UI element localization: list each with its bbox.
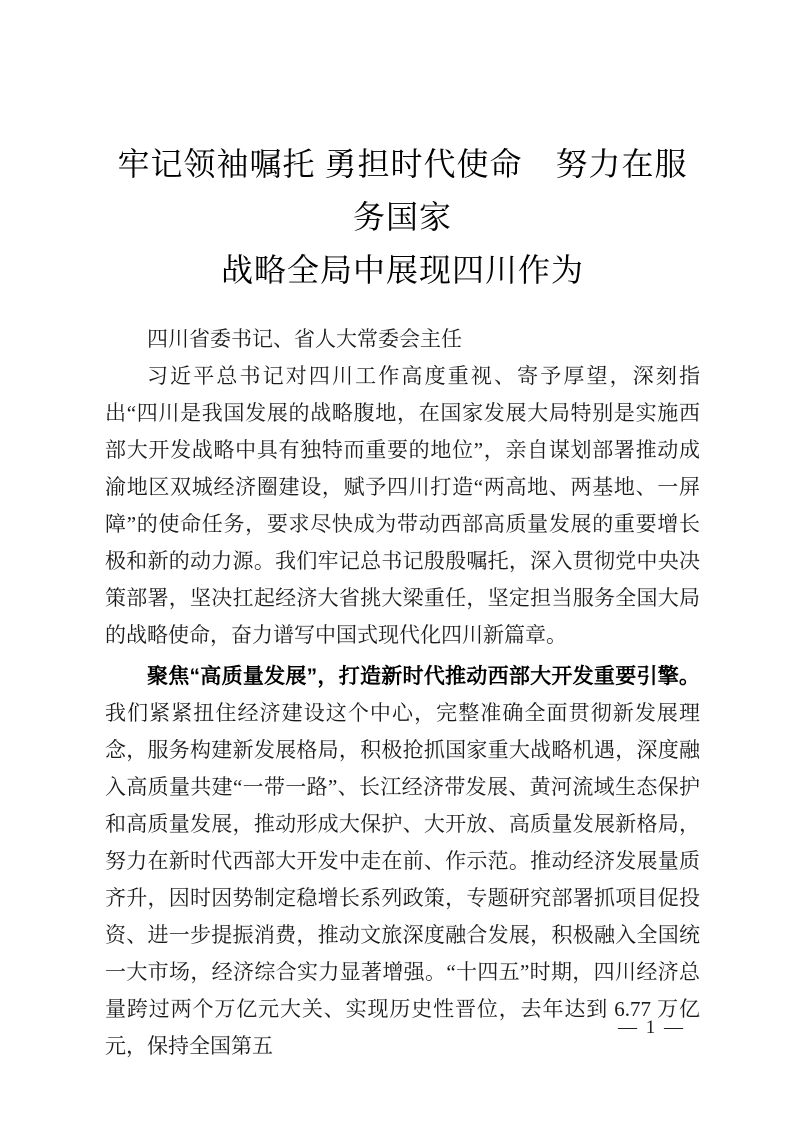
paragraph-2-text: 我们紧紧扭住经济建设这个中心，完整准确全面贯彻新发展理念，服务构建新发展格局，积… <box>105 701 700 1058</box>
document-title: 牢记领袖嘱托 勇担时代使命 努力在服务国家 战略全局中展现四川作为 <box>105 138 700 297</box>
document-content: 牢记领袖嘱托 勇担时代使命 努力在服务国家 战略全局中展现四川作为 四川省委书记… <box>105 0 700 1065</box>
paragraph-2-lead: 聚焦“高质量发展”，打造新时代推动西部大开发重要引擎。 <box>147 665 700 688</box>
paragraph-1-text: 习近平总书记对四川工作高度重视、寄予厚望，深刻指出“四川是我国发展的战略腹地，在… <box>105 364 700 647</box>
page-number: — 1 — <box>618 1016 685 1040</box>
paragraph-1: 习近平总书记对四川工作高度重视、寄予厚望，深刻指出“四川是我国发展的战略腹地，在… <box>105 358 700 654</box>
byline: 四川省委书记、省人大常委会主任 <box>105 321 700 358</box>
title-line-1: 牢记领袖嘱托 勇担时代使命 努力在服务国家 <box>105 138 700 244</box>
title-line-2: 战略全局中展现四川作为 <box>105 244 700 297</box>
document-page: 牢记领袖嘱托 勇担时代使命 努力在服务国家 战略全局中展现四川作为 四川省委书记… <box>0 0 793 1122</box>
paragraph-2: 聚焦“高质量发展”，打造新时代推动西部大开发重要引擎。我们紧紧扭住经济建设这个中… <box>105 658 700 1065</box>
